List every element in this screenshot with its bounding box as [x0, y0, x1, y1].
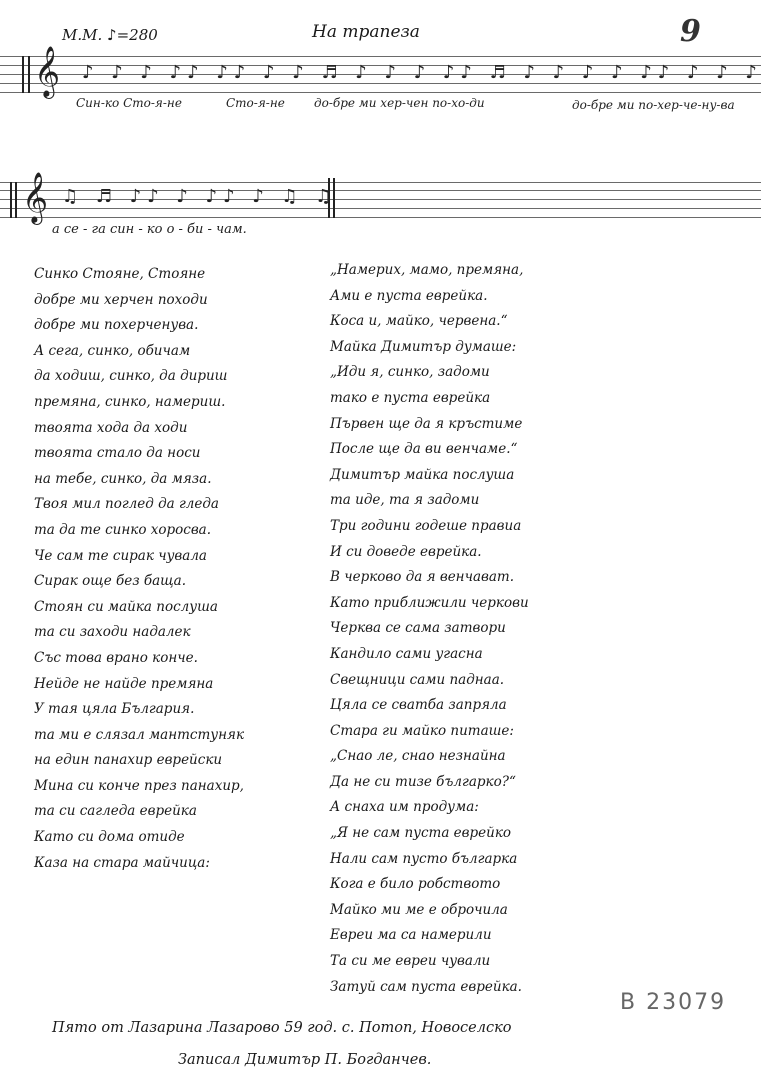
verse-line: Синко Стояне, Стояне: [34, 262, 244, 288]
verse-line: Да не си тизе българко?“: [330, 770, 529, 796]
treble-clef-icon: 𝄞: [34, 50, 60, 94]
verse-line: Твоя мил поглед да гледа: [34, 492, 244, 518]
verse-line: добре ми херчен походи: [34, 288, 244, 314]
notes-staff-1: ♪ ♪ ♪ ♪♪ ♪♪ ♪ ♪ ♬ ♪ ♪ ♪ ♪♪ ♬ ♪ ♪ ♪ ♪ ♪♪ …: [82, 62, 761, 83]
barline-start: [15, 182, 17, 218]
verse-line: Със това врано конче.: [34, 646, 244, 672]
barline-start: [10, 182, 12, 218]
verse-line: добре ми похерченува.: [34, 313, 244, 339]
verse-line: та си заходи надалек: [34, 620, 244, 646]
verse-line: Нейде не найде премяна: [34, 672, 244, 698]
verse-line: та ми е слязал мантстуняк: [34, 723, 244, 749]
verse-line: Майко ми ме е оброчила: [330, 898, 529, 924]
lyrics-staff-1-a: Син-ко Сто-я-не: [76, 96, 182, 110]
verse-line: Три години годеше правиа: [330, 514, 529, 540]
source-attribution: Пято от Лазарина Лазарово 59 год. с. Пот…: [52, 1020, 512, 1036]
double-barline: [22, 56, 24, 93]
verse-line: на един панахир еврейски: [34, 748, 244, 774]
verse-line: Цяла се сватба запряла: [330, 693, 529, 719]
final-barline: [328, 178, 330, 218]
verse-line: да ходиш, синко, да дириш: [34, 364, 244, 390]
verse-line: Коса и, майко, червена.“: [330, 309, 529, 335]
verse-line: Стара ги майко питаше:: [330, 719, 529, 745]
verse-line: „Намерих, мамо, премяна,: [330, 258, 529, 284]
verse-line: Сирак още без баща.: [34, 569, 244, 595]
verse-line: „Иди я, синко, задоми: [330, 360, 529, 386]
verse-line: У тая цяла България.: [34, 697, 244, 723]
verse-left-column: Синко Стояне, Стояне добре ми херчен пох…: [34, 262, 244, 876]
verse-line: А снаха им продума:: [330, 795, 529, 821]
verse-line: Нали сам пусто българка: [330, 847, 529, 873]
verse-line: Затуй сам пуста еврейка.: [330, 975, 529, 1001]
song-title: На трапеза: [312, 22, 420, 42]
verse-line: И си доведе еврейка.: [330, 540, 529, 566]
verse-line: Първен ще да я кръстиме: [330, 412, 529, 438]
verse-line: Свещници сами паднаа.: [330, 668, 529, 694]
verse-line: Кандило сами угасна: [330, 642, 529, 668]
verse-line: А сега, синко, обичам: [34, 339, 244, 365]
verse-line: Каза на стара майчица:: [34, 851, 244, 877]
verse-line: тако е пуста еврейка: [330, 386, 529, 412]
verse-line: „Я не сам пуста еврейко: [330, 821, 529, 847]
verse-line: Кога е било робството: [330, 872, 529, 898]
recorder-attribution: Записал Димитър П. Богданчев.: [178, 1052, 431, 1068]
verse-line: та си сагледа еврейка: [34, 799, 244, 825]
verse-line: та да те синко хоросва.: [34, 518, 244, 544]
page-number: 9: [680, 14, 701, 49]
verse-right-column: „Намерих, мамо, премяна, Ами е пуста евр…: [330, 258, 529, 1000]
lyrics-staff-2: а се - га син - ко о - би - чам.: [52, 222, 247, 237]
lyrics-staff-1-b: Сто-я-не: [226, 96, 285, 110]
verse-line: После ще да ви венчаме.“: [330, 437, 529, 463]
music-staff-1: 𝄞 ♪ ♪ ♪ ♪♪ ♪♪ ♪ ♪ ♬ ♪ ♪ ♪ ♪♪ ♬ ♪ ♪ ♪ ♪ ♪…: [0, 56, 761, 96]
verse-line: премяна, синко, намериш.: [34, 390, 244, 416]
verse-line: Като приближили черкови: [330, 591, 529, 617]
verse-line: Та си ме евреи чували: [330, 949, 529, 975]
final-barline: [333, 178, 335, 218]
music-staff-2: 𝄞 ♫ ♬ ♪♪ ♪ ♪♪ ♪ ♫ ♫: [0, 182, 761, 222]
verse-line: Стоян си майка послуша: [34, 595, 244, 621]
tempo-marking: М.М. ♪=280: [62, 26, 158, 44]
verse-line: твоята хода да ходи: [34, 416, 244, 442]
archive-number: В 23079: [620, 990, 726, 1015]
verse-line: В черково да я венчават.: [330, 565, 529, 591]
verse-line: на тебе, синко, да мяза.: [34, 467, 244, 493]
lyrics-staff-1-c: до-бре ми хер-чен по-хо-ди: [314, 96, 485, 110]
verse-line: твоята стало да носи: [34, 441, 244, 467]
verse-line: та иде, та я задоми: [330, 488, 529, 514]
verse-line: Черква се сама затвори: [330, 616, 529, 642]
double-barline: [28, 56, 30, 93]
lyrics-staff-1-d: до-бре ми по-хер-че-ну-ва: [572, 98, 735, 112]
verse-line: „Снао ле, снао незнайна: [330, 744, 529, 770]
verse-line: Като си дома отиде: [34, 825, 244, 851]
verse-line: Димитър майка послуша: [330, 463, 529, 489]
notes-staff-2: ♫ ♬ ♪♪ ♪ ♪♪ ♪ ♫ ♫: [62, 186, 338, 207]
verse-line: Мина си конче през панахир,: [34, 774, 244, 800]
verse-line: Ами е пуста еврейка.: [330, 284, 529, 310]
verse-line: Майка Димитър думаше:: [330, 335, 529, 361]
verse-line: Че сам те сирак чувала: [34, 544, 244, 570]
verse-line: Евреи ма са намерили: [330, 923, 529, 949]
treble-clef-icon: 𝄞: [22, 176, 48, 220]
